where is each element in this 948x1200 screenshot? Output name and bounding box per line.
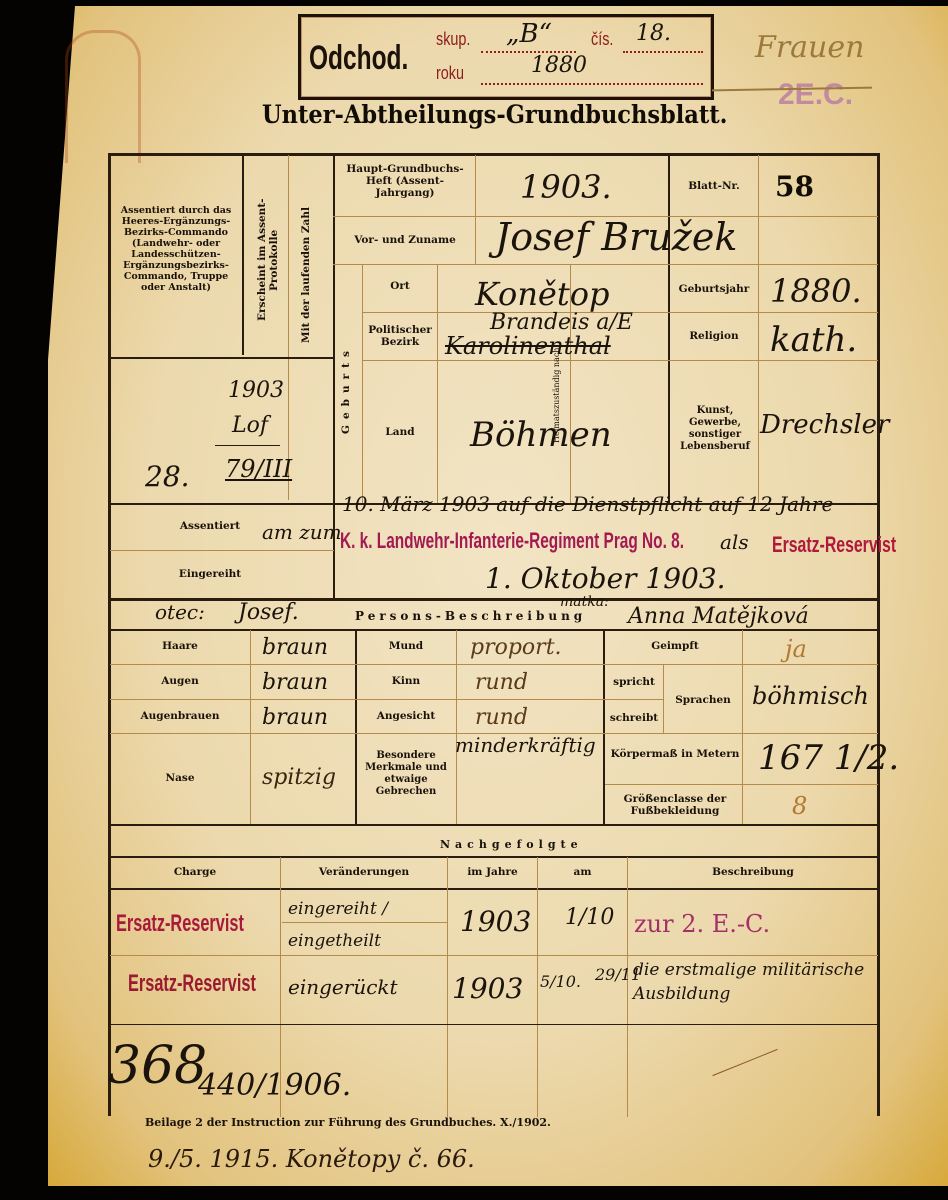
divider: [742, 630, 743, 825]
name-value: Josef Bružek: [495, 215, 737, 259]
angesicht-value: rund: [475, 705, 528, 730]
eingereiht-label: Eingereiht: [160, 568, 260, 580]
row1-desc: zur 2. E.-C.: [634, 910, 770, 938]
protokoll-lof: Lof: [232, 413, 268, 438]
paper-stain: [65, 30, 141, 163]
augenbrauen-label: Augenbrauen: [112, 710, 248, 722]
religion-value: kath.: [770, 320, 857, 360]
row1-date: 1/10: [565, 905, 614, 930]
divider: [355, 630, 357, 825]
protokolle-label: Erscheint im Assent-Protokolle: [256, 170, 280, 350]
otec-value: Josef.: [238, 600, 299, 625]
odchod-stamp: Odchod. skup. „B“ čís. 18. roku 1880: [298, 14, 714, 100]
blatt-value: 58: [775, 170, 814, 203]
regiment-stamp: K. k. Landwehr-Infanterie-Regiment Prag …: [340, 528, 684, 554]
divider: [627, 857, 628, 1117]
divider: [362, 265, 363, 505]
row2-desc: die erstmalige militärische Ausbildung: [633, 958, 873, 1006]
divider: [110, 629, 878, 631]
divider: [603, 630, 605, 825]
divider: [110, 824, 878, 826]
ort-value: Konětop: [475, 275, 609, 313]
odchod-title: Odchod.: [309, 39, 408, 78]
divider: [110, 550, 334, 551]
roku-label: roku: [436, 63, 464, 84]
merkmale-value: minderkräftig: [455, 733, 605, 757]
mund-label: Mund: [358, 640, 454, 652]
kinn-value: rund: [475, 670, 528, 695]
frame-right: [877, 153, 880, 1116]
divider: [362, 360, 878, 361]
bezirk-label: Politischer Bezirk: [364, 324, 436, 348]
roku-dots: [481, 83, 703, 85]
cis-label: čís.: [591, 29, 613, 50]
row2-change: eingerückt: [288, 975, 398, 999]
haare-value: braun: [262, 635, 328, 660]
row1-year: 1903: [460, 905, 531, 938]
row1-change: eingereiht / eingetheilt: [288, 893, 446, 957]
land-label: Land: [364, 426, 436, 438]
nase-value: spitzig: [262, 765, 336, 790]
divider: [110, 888, 878, 890]
augen-label: Augen: [112, 675, 248, 687]
heimat-label: Heimatszuständig nach: [552, 345, 561, 445]
geimpft-label: Geimpft: [608, 640, 742, 652]
row2-year: 1903: [452, 972, 523, 1005]
divider: [110, 955, 878, 956]
divider: [242, 155, 244, 355]
col-beschreibung: Beschreibung: [629, 866, 877, 878]
name-label: Vor- und Zuname: [340, 234, 470, 246]
divider: [110, 1024, 878, 1025]
frame-top: [108, 153, 880, 156]
geimpft-value: ja: [785, 635, 807, 663]
divider: [663, 665, 664, 733]
divider: [475, 155, 476, 265]
nachgefolgte-title: Nachgefolgte: [440, 838, 583, 851]
frame-left: [108, 153, 111, 1116]
divider: [288, 155, 289, 500]
divider: [605, 699, 663, 700]
laufende-zahl-label: Mit der laufenden Zahl: [300, 200, 312, 350]
sprachen-label: Sprachen: [665, 694, 741, 706]
assentiert-durch-label: Assentiert durch das Heeres-Ergänzungs-B…: [112, 205, 240, 293]
divider: [537, 857, 538, 1117]
col-im-jahre: im Jahre: [449, 866, 536, 878]
geburtsjahr-value: 1880.: [770, 272, 862, 310]
assent-side-note: am zum: [262, 520, 342, 544]
sprachen-value: böhmisch: [752, 682, 869, 710]
kinn-label: Kinn: [358, 675, 454, 687]
row2-charge: Ersatz-Reservist: [128, 970, 256, 998]
divider: [758, 155, 759, 505]
row2-date: 5/10.: [540, 972, 581, 991]
footer-ref-number: 440/1906.: [198, 1068, 351, 1103]
divider: [250, 630, 251, 825]
divider: [333, 264, 878, 265]
rank-stamp: Ersatz-Reservist: [772, 532, 896, 558]
blatt-label: Blatt-Nr.: [670, 180, 758, 192]
protokoll-left-value: 28.: [145, 460, 190, 493]
matka-value: Anna Matějková: [628, 604, 809, 629]
footer-big-number: 368: [108, 1036, 207, 1096]
beruf-label: Kunst, Gewerbe, sonstiger Lebensberuf: [676, 405, 754, 453]
cis-value: 18.: [636, 21, 671, 46]
skup-value: „B“: [506, 19, 552, 49]
protokoll-year: 1903: [228, 378, 284, 403]
skup-label: skup.: [436, 29, 470, 50]
divider: [605, 784, 878, 785]
nase-label: Nase: [112, 772, 248, 784]
augenbrauen-value: braun: [262, 705, 328, 730]
fussbekleidung-value: 8: [792, 792, 807, 820]
haare-label: Haare: [112, 640, 248, 652]
roku-value: 1880: [531, 53, 587, 78]
col-veraenderungen: Veränderungen: [282, 866, 446, 878]
divider: [437, 265, 438, 505]
assent-line1: 10. März 1903 auf die Dienstpflicht auf …: [342, 492, 833, 516]
ort-label: Ort: [364, 280, 436, 292]
merkmale-label: Besondere Merkmale und etwaige Gebrechen: [358, 750, 454, 798]
col-am: am: [539, 866, 626, 878]
divider: [110, 357, 334, 359]
koerpermass-value: 167 1/2.: [758, 738, 899, 778]
otec-label: otec:: [155, 600, 205, 624]
corner-stamp: 2E.C.: [778, 78, 853, 112]
divider: [110, 699, 605, 700]
geburts-label: Geburts: [340, 330, 352, 450]
protokoll-number: 79/III: [225, 455, 292, 483]
fussbekleidung-label: Größenclasse der Fußbekleidung: [608, 793, 742, 817]
augen-value: braun: [262, 670, 328, 695]
assent-als: als: [720, 530, 749, 554]
mund-value: proport.: [470, 635, 562, 660]
schreibt-label: schreibt: [606, 712, 662, 724]
hauptgrundbuch-value: 1903.: [520, 168, 612, 206]
geburtsjahr-label: Geburtsjahr: [670, 283, 758, 295]
assentiert-label: Assentiert: [160, 520, 260, 532]
beruf-value: Drechsler: [760, 410, 889, 440]
eingereiht-value: 1. Oktober 1903.: [485, 562, 726, 595]
divider: [110, 664, 878, 665]
land-value: Böhmen: [470, 415, 612, 455]
corner-handwritten-note: Frauen: [755, 30, 864, 65]
page-title: Unter-Abtheilungs-Grundbuchsblatt.: [262, 100, 728, 129]
cis-dots: [623, 51, 703, 53]
col-charge: Charge: [112, 866, 278, 878]
angesicht-label: Angesicht: [358, 710, 454, 722]
persons-beschreibung-title: Persons-Beschreibung: [355, 609, 586, 623]
divider: [110, 856, 878, 858]
divider: [447, 857, 448, 1117]
matka-label: matka:: [560, 594, 609, 610]
koerpermass-label: Körpermaß in Metern: [608, 748, 742, 760]
divider: [110, 598, 878, 601]
footer-handwritten-note: 9./5. 1915. Konětopy č. 66.: [148, 1145, 475, 1173]
divider: [456, 630, 457, 825]
religion-label: Religion: [670, 330, 758, 342]
row1-charge: Ersatz-Reservist: [116, 910, 244, 938]
bezirk-struck-value: Karolinenthal: [445, 332, 611, 360]
footer-printed-note: Beilage 2 der Instruction zur Führung de…: [145, 1116, 551, 1129]
hauptgrundbuch-label: Haupt-Grundbuchs-Heft (Assent-Jahrgang): [340, 163, 470, 199]
spricht-label: spricht: [606, 676, 662, 688]
fraction-line: [215, 445, 280, 446]
